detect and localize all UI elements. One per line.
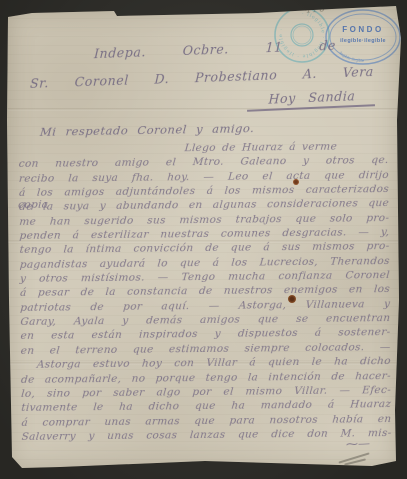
oval-stamp-subtitle: ilegible·ilegible [340,38,386,44]
ink-blot-stain [288,295,296,303]
ink-blot-stain [293,179,299,185]
letter-addressee: Sr. Coronel D. Probestiano A. Vera [30,64,375,91]
svg-text:ilegible ilegible: ilegible ilegible [338,50,365,63]
closing-flourish: ⁓— [300,436,371,454]
fold-crease [8,108,398,111]
oval-stamp-title: FONDO [342,25,383,34]
scan-background: 410 · ilegible · ilegible · ilegible · F… [0,0,407,479]
letter-salutation: Mi respetado Coronel y amigo. [40,121,255,139]
letter-paper: 410 · ilegible · ilegible · ilegible · F… [0,0,407,479]
oval-stamp-arc-text: ilegible ilegible [338,50,365,63]
letter-body: Llego de Huaraz á verme con nuestro amig… [18,140,391,445]
